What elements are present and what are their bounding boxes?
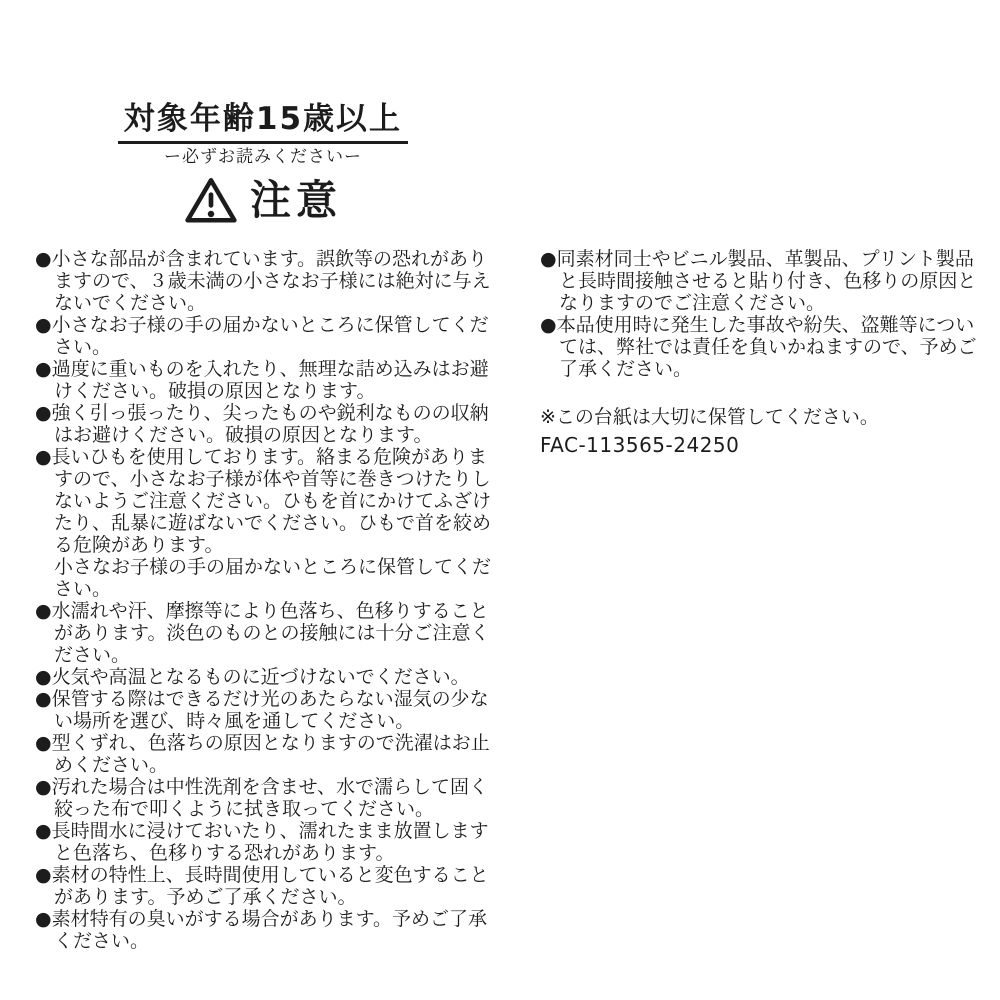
caution-item-cleaning-method: ●汚れた場合は中性洗剤を含ませ、水で濡らして固く絞った布で叩くように拭き取ってく…: [35, 776, 493, 820]
caution-item-sticking-materials: ●同素材同士やビニル製品、革製品、プリント製品と長時間接触させると貼り付き、色移…: [540, 248, 992, 314]
product-code: FAC-113565-24250: [540, 434, 992, 456]
caution-item-long-cord-storage: 小さなお子様の手の届かないところに保管してください。: [35, 556, 493, 600]
caution-item-no-washing: ●型くずれ、色落ちの原因となりますので洗濯はお止めください。: [35, 732, 493, 776]
left-caution-column: ●小さな部品が含まれています。誤飲等の恐れがありますので、３歳未満の小さなお子様…: [35, 248, 493, 952]
caution-item-soaking: ●長時間水に浸けておいたり、濡れたまま放置しますと色落ち、色移りする恐れがありま…: [35, 820, 493, 864]
caution-item-small-parts: ●小さな部品が含まれています。誤飲等の恐れがありますので、３歳未満の小さなお子様…: [35, 248, 493, 314]
caution-item-storage-conditions: ●保管する際はできるだけ光のあたらない湿気の少ない場所を選び、時々風を通してくだ…: [35, 688, 493, 732]
caution-item-color-transfer: ●水濡れや汗、摩擦等により色落ち、色移りすることがあります。淡色のものとの接触に…: [35, 600, 493, 666]
caution-item-sharp-objects: ●強く引っ張ったり、尖ったものや鋭利なものの収納はお避けください。破損の原因とな…: [35, 402, 493, 446]
caution-title: 注意: [250, 180, 342, 221]
caution-card: 対象年齢15歳以上 ー必ずお読みくださいー 注意 ●小さな部品が含まれています。…: [0, 0, 1000, 1000]
caution-item-fire-heat: ●火気や高温となるものに近づけないでください。: [35, 666, 493, 688]
caution-item-keep-away-children: ●小さなお子様の手の届かないところに保管してください。: [35, 314, 493, 358]
caution-item-liability: ●本品使用時に発生した事故や紛失、盗難等については、弊社では責任を負いかねますの…: [540, 314, 992, 380]
caution-heading: 注意: [35, 176, 491, 225]
right-caution-column: ●同素材同士やビニル製品、革製品、プリント製品と長時間接触させると貼り付き、色移…: [540, 248, 992, 456]
warning-triangle-exclamation-icon: [184, 176, 238, 225]
age-restriction-title: 対象年齢15歳以上: [118, 102, 408, 144]
keep-card-note: ※この台紙は大切に保管してください。: [540, 406, 992, 428]
caution-item-material-odor: ●素材特有の臭いがする場合があります。予めご了承ください。: [35, 908, 493, 952]
caution-item-discoloration: ●素材の特性上、長時間使用していると変色することがあります。予めご了承ください。: [35, 864, 493, 908]
caution-item-long-cord: ●長いひもを使用しております。絡まる危険がありますので、小さなお子様が体や首等に…: [35, 446, 493, 556]
caution-item-overloading: ●過度に重いものを入れたり、無理な詰め込みはお避けください。破損の原因となります…: [35, 358, 493, 402]
read-instruction-subtitle: ー必ずお読みくださいー: [35, 147, 491, 167]
header: 対象年齢15歳以上 ー必ずお読みくださいー 注意: [35, 102, 491, 225]
